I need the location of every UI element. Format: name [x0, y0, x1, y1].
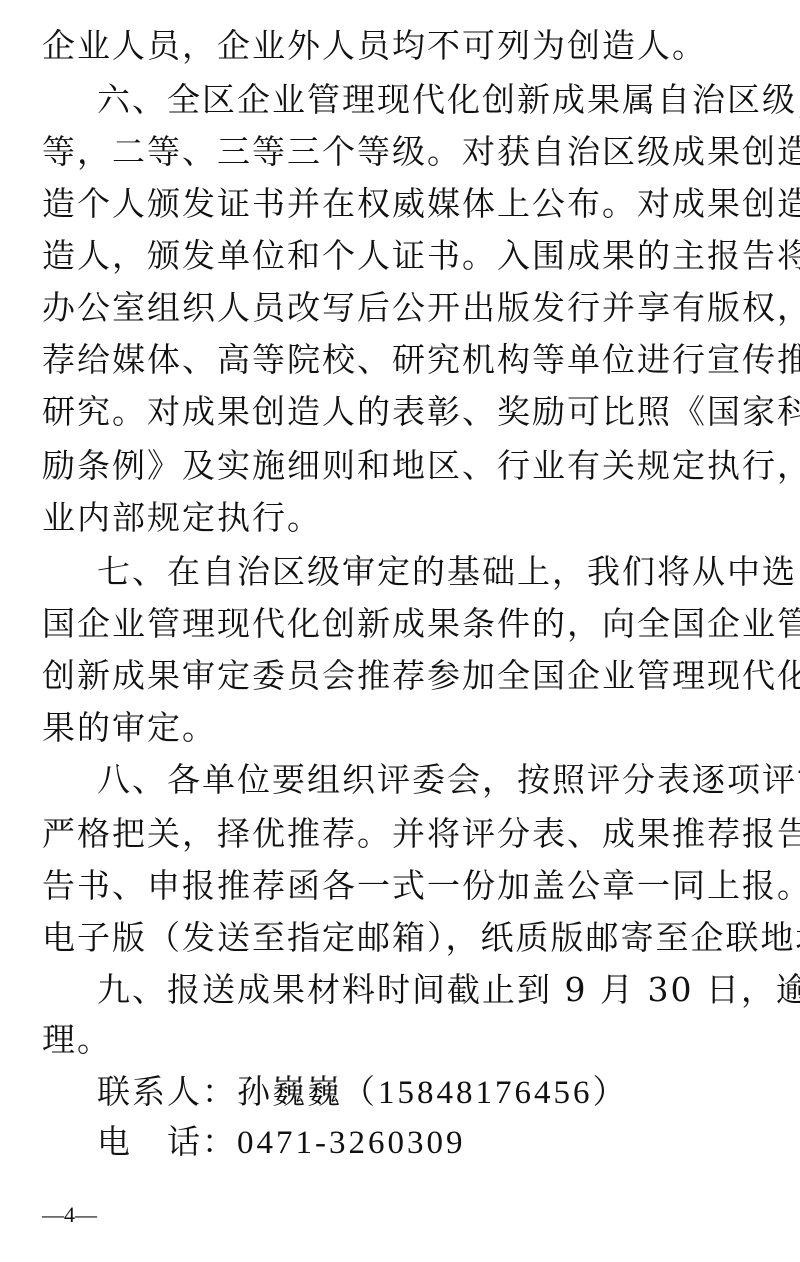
contact-label: 联系人： [97, 1072, 237, 1111]
paragraph-line: 果的审定。 [42, 708, 762, 748]
phone-line: 电 话：0471-3260309 [97, 1122, 800, 1162]
contact-name: 孙巍巍 [237, 1072, 342, 1111]
paragraph-line: 造个人颁发证书并在权威媒体上公布。对成果创造单位和创 [42, 184, 762, 224]
paragraph-line: 造人，颁发单位和个人证书。入围成果的主报告将由审委会 [42, 236, 762, 276]
paragraph-line: 理。 [42, 1020, 762, 1060]
paragraph-line: 业内部规定执行。 [42, 498, 762, 538]
contact-line: 联系人：孙巍巍（15848176456） [97, 1072, 800, 1112]
paragraph-line: 八、各单位要组织评委会，按照评分表逐项评审打分， [97, 760, 800, 800]
contact-mobile: （15848176456） [342, 1075, 629, 1111]
paragraph-line: 企业人员，企业外人员均不可列为创造人。 [42, 26, 742, 66]
paragraph-line: 研究。对成果创造人的表彰、奖励可比照《国家科学技术奖 [42, 392, 762, 432]
paragraph-line: 励条例》及实施细则和地区、行业有关规定执行，也可按企 [42, 446, 762, 486]
paragraph-line: 严格把关，择优推荐。并将评分表、成果推荐报告书、主报 [42, 814, 762, 854]
paragraph-line: 荐给媒体、高等院校、研究机构等单位进行宣传推广和教学 [42, 340, 762, 380]
phone-number: 0471-3260309 [237, 1125, 466, 1161]
phone-label: 电 话： [97, 1122, 237, 1161]
paragraph-line: 电子版（发送至指定邮箱），纸质版邮寄至企联地址。 [42, 918, 762, 958]
paragraph-line: 六、全区企业管理现代化创新成果属自治区级，分为一 [97, 80, 800, 120]
paragraph-line: 创新成果审定委员会推荐参加全国企业管理现代化创新成 [42, 656, 762, 696]
paragraph-line: 办公室组织人员改写后公开出版发行并享有版权，并择优推 [42, 288, 762, 328]
paragraph-line: 等，二等、三等三个等级。对获自治区级成果创造单位的创 [42, 132, 762, 172]
paragraph-line: 七、在自治区级审定的基础上，我们将从中选出符合全 [97, 552, 800, 592]
paragraph-line: 告书、申报推荐函各一式一份加盖公章一同上报。以上材料 [42, 866, 762, 906]
document-page: 企业人员，企业外人员均不可列为创造人。 六、全区企业管理现代化创新成果属自治区级… [0, 0, 800, 1262]
page-number: —4— [42, 1200, 97, 1230]
paragraph-line: 国企业管理现代化创新成果条件的，向全国企业管理现代化 [42, 604, 762, 644]
paragraph-line: 九、报送成果材料时间截止到 9 月 30 日，逾期不予受 [97, 970, 800, 1010]
